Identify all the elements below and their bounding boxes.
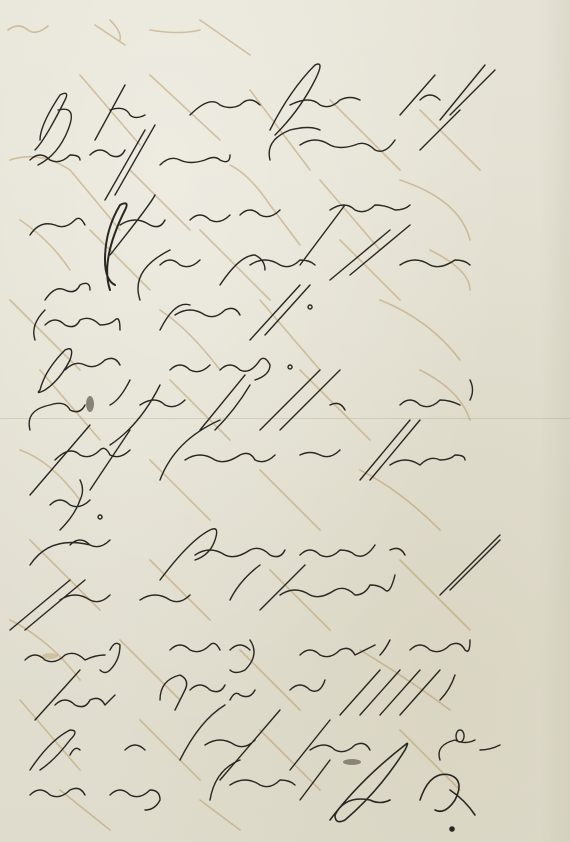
signature-flourish (330, 743, 475, 831)
handwriting-ink (0, 0, 570, 842)
letter-page: 1837 Ich habe mein Leben, daß der doch m… (0, 0, 570, 842)
